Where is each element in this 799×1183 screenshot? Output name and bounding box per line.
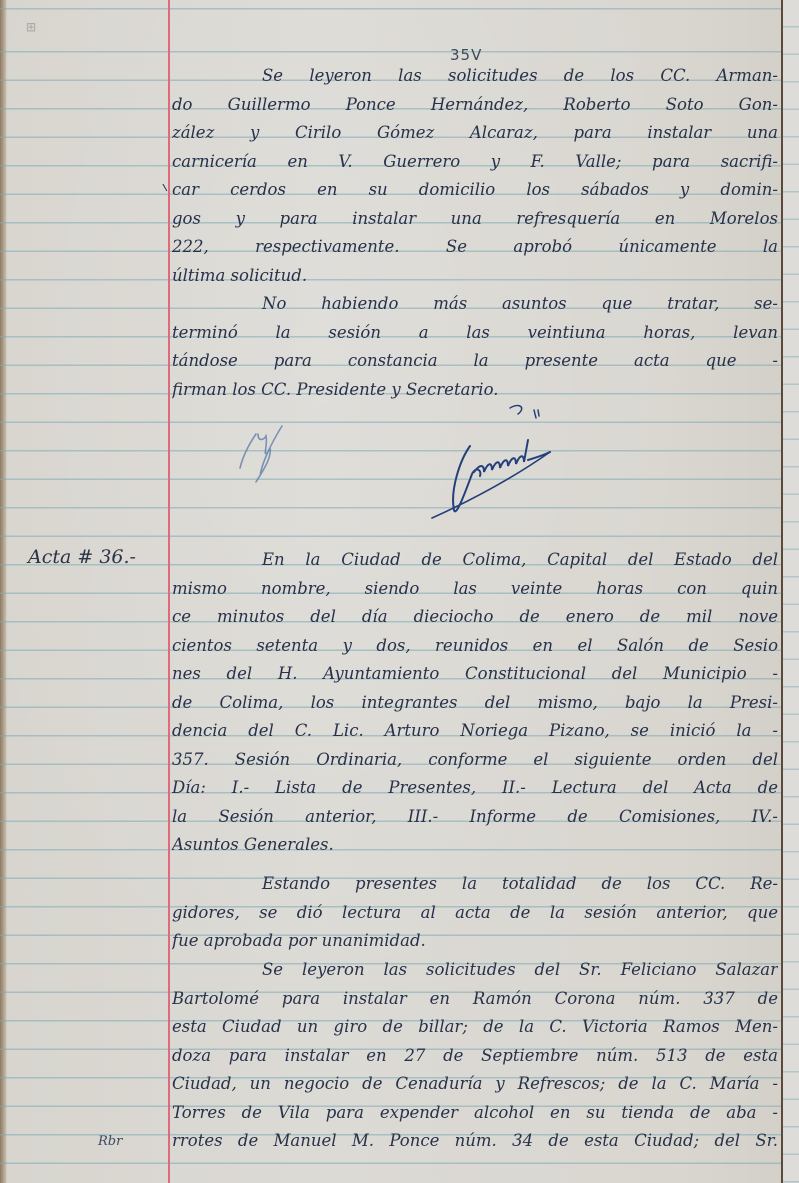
text-line: ce minutos del día dieciocho de enero de… (172, 603, 778, 632)
text-line: zález y Cirilo Gómez Alcaraz, para insta… (172, 119, 778, 148)
paragraph-attendance: Estando presentes la totalidad de los CC… (172, 870, 778, 956)
text-line: gidores, se dió lectura al acta de la se… (172, 899, 778, 928)
text-line: carnicería en V. Guerrero y F. Valle; pa… (172, 148, 778, 177)
text-line: Día: I.- Lista de Presentes, II.- Lectur… (172, 774, 778, 803)
red-margin-line (168, 0, 170, 1183)
text-line: tándose para constancia la presente acta… (172, 347, 778, 376)
faded-stamp: ⊞ (26, 20, 56, 42)
signature-president (222, 412, 342, 502)
text-line: dencia del C. Lic. Arturo Noriega Pizano… (172, 717, 778, 746)
text-line: firman los CC. Presidente y Secretario. (172, 376, 778, 405)
text-line: Torres de Vila para expender alcohol en … (172, 1099, 778, 1128)
paragraph-solicitudes-1: Se leyeron las solicitudes de los CC. Ar… (172, 62, 778, 290)
paragraph-solicitudes-2: Se leyeron las solicitudes del Sr. Felic… (172, 956, 778, 1156)
text-line: No habiendo más asuntos que tratar, se- (172, 290, 778, 319)
signature-secretary (410, 400, 670, 530)
text-line: terminó la sesión a las veintiuna horas,… (172, 319, 778, 348)
text-line: fue aprobada por unanimidad. (172, 927, 778, 956)
text-line: Se leyeron las solicitudes de los CC. Ar… (172, 62, 778, 91)
text-line: mismo nombre, siendo las veinte horas co… (172, 575, 778, 604)
text-line: última solicitud. (172, 262, 778, 291)
text-line: esta Ciudad un giro de billar; de la C. … (172, 1013, 778, 1042)
text-line: nes del H. Ayuntamiento Constitucional d… (172, 660, 778, 689)
next-page-edge (783, 0, 799, 1183)
text-line: doza para instalar en 27 de Septiembre n… (172, 1042, 778, 1071)
paragraph-closing: No habiendo más asuntos que tratar, se- … (172, 290, 778, 404)
text-line: 222, respectivamente. Se aprobó únicamen… (172, 233, 778, 262)
text-line: Asuntos Generales. (172, 831, 778, 860)
text-line: cientos setenta y dos, reunidos en el Sa… (172, 632, 778, 661)
text-line: do Guillermo Ponce Hernández, Roberto So… (172, 91, 778, 120)
text-line: rrotes de Manuel M. Ponce núm. 34 de est… (172, 1127, 778, 1156)
text-line: car cerdos en su domicilio los sábados y… (172, 176, 778, 205)
text-line: Estando presentes la totalidad de los CC… (172, 870, 778, 899)
text-line: la Sesión anterior, III.- Informe de Com… (172, 803, 778, 832)
text-line: En la Ciudad de Colima, Capital del Esta… (172, 546, 778, 575)
text-line: gos y para instalar una refresquería en … (172, 205, 778, 234)
text-line: 357. Sesión Ordinaria, conforme el sigui… (172, 746, 778, 775)
ledger-page: ⊞ 35V Se leyeron las solicitudes de los … (0, 0, 799, 1183)
text-line: de Colima, los integrantes del mismo, ba… (172, 689, 778, 718)
acta-number-label: Acta # 36.- (28, 546, 136, 568)
text-line: Bartolomé para instalar en Ramón Corona … (172, 985, 778, 1014)
margin-initials: Rbr (98, 1134, 122, 1149)
text-line: Se leyeron las solicitudes del Sr. Felic… (172, 956, 778, 985)
text-line: Ciudad, un negocio de Cenaduría y Refres… (172, 1070, 778, 1099)
paragraph-acta-36-opening: En la Ciudad de Colima, Capital del Esta… (172, 546, 778, 860)
